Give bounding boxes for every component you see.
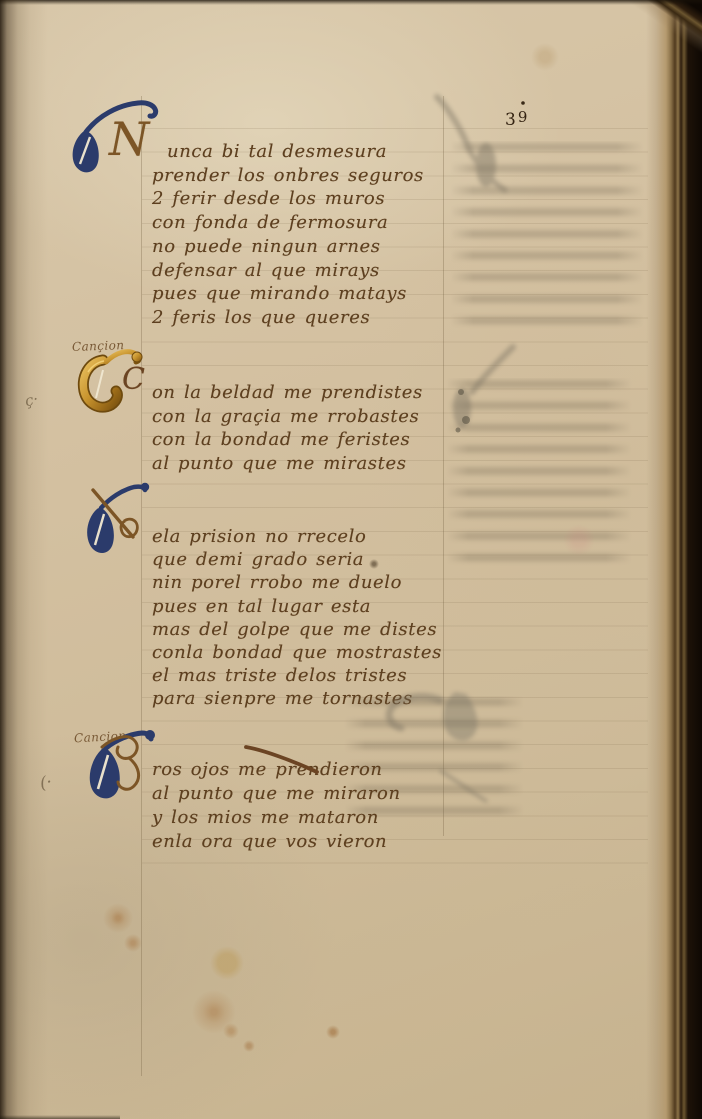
- verse-line: con fonda de fermosura: [152, 211, 424, 235]
- book-fore-edge: [646, 0, 702, 1119]
- verse-line: nin porel rrobo me duelo: [152, 571, 442, 594]
- verse-line: no puede ningun arnes: [152, 235, 424, 259]
- stanza-2: on la beldad me prendistes con la graçia…: [152, 381, 423, 476]
- initial-letter-N: N: [109, 112, 149, 166]
- verse-line: 2 feris los que queres: [152, 306, 424, 330]
- verse-line: para sienpre me tornastes: [152, 687, 442, 710]
- verse-line: 2 ferir desde los muros: [152, 187, 424, 211]
- verse-line: enla ora que vos vieron: [152, 830, 401, 854]
- verse-line: al punto que me miraron: [152, 782, 401, 806]
- verse-line: ela prision no rrecelo: [152, 525, 442, 548]
- photo-top-edge: [0, 0, 702, 5]
- photo-bottom-edge: [0, 1115, 120, 1119]
- rubric-cancion: Cancion: [74, 729, 127, 746]
- initial-letter-C: C: [122, 362, 145, 397]
- verse-line: y los mios me mataron: [152, 806, 401, 830]
- folio-number-main: 3: [505, 110, 518, 130]
- verse-line: unca bi tal desmesura: [152, 140, 424, 164]
- verse-line: pues que mirando matays: [152, 282, 424, 306]
- verse-line: prender los onbres seguros: [152, 164, 424, 188]
- stanza-1: unca bi tal desmesura prender los onbres…: [152, 140, 424, 330]
- verse-line: que demi grado seria: [152, 548, 442, 571]
- stanza-4: ros ojos me prendieron al punto que me m…: [152, 758, 401, 854]
- rubric-cancion: Cançion: [72, 338, 125, 354]
- bleedthrough-text-block: [450, 141, 644, 337]
- verse-line: al punto que me mirastes: [152, 452, 423, 476]
- verse-line: con la graçia me rrobastes: [152, 405, 423, 429]
- verse-line: con la bondad me feristes: [152, 428, 423, 452]
- verse-line: on la beldad me prendistes: [152, 381, 423, 405]
- verse-line: defensar al que mirays: [152, 259, 424, 283]
- ruling-line-left: [141, 96, 142, 1076]
- verse-line: mas del golpe que me distes: [152, 618, 442, 641]
- folio-number: 39: [505, 108, 529, 130]
- folio-number-sup: 9: [518, 108, 530, 126]
- manuscript-photo: 39 Cançion Cancion N C unca bi tal desme…: [0, 0, 702, 1119]
- stanza-3: ela prision no rrecelo que demi grado se…: [152, 525, 442, 711]
- verse-line: el mas triste delos tristes: [152, 664, 442, 687]
- verse-line: pues en tal lugar esta: [152, 595, 442, 618]
- verse-line: conla bondad que mostrastes: [152, 641, 442, 664]
- bleedthrough-text-block: [446, 378, 632, 568]
- verse-line: ros ojos me prendieron: [152, 758, 401, 782]
- binding-gutter-shadow: [0, 0, 48, 1119]
